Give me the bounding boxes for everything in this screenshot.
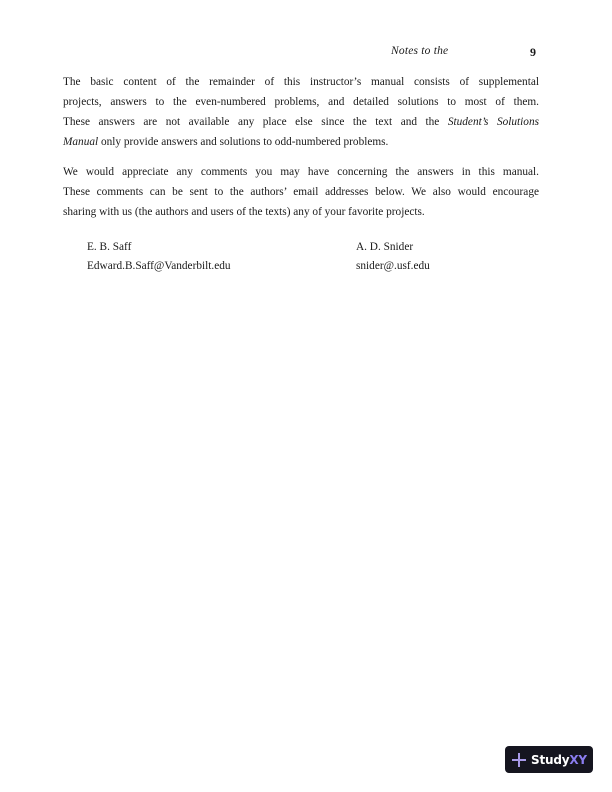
paragraph-comments-request: We would appreciate any comments you may…: [63, 162, 539, 222]
text-line: These comments can be sent to the author…: [63, 182, 539, 202]
running-header: Notes to the 9: [0, 45, 612, 61]
text-run: projects, answers to the even-numbered p…: [63, 96, 539, 108]
text-line: We would appreciate any comments you may…: [63, 162, 539, 182]
author-name: E. B. Saff: [87, 238, 231, 257]
text-line: These answers are not available any plac…: [63, 112, 539, 132]
text-run: The basic content of the remainder of th…: [63, 76, 539, 88]
studyxy-badge[interactable]: StudyXY: [505, 746, 593, 773]
text-line: sharing with us (the authors and users o…: [63, 202, 539, 222]
italic-text: Manual: [63, 136, 98, 148]
text-run: We would appreciate any comments you may…: [63, 166, 539, 178]
author-email[interactable]: snider@.usf.edu: [356, 257, 430, 276]
text-line: projects, answers to the even-numbered p…: [63, 92, 539, 112]
text-line: Manual only provide answers and solution…: [63, 132, 539, 152]
badge-brand-main: Study: [531, 753, 569, 767]
text-run: These comments can be sent to the author…: [63, 186, 539, 198]
text-line: The basic content of the remainder of th…: [63, 72, 539, 92]
plus-icon: [512, 753, 526, 767]
author-name: A. D. Snider: [356, 238, 430, 257]
italic-text: Student’s Solutions: [448, 116, 539, 128]
author-block-saff: E. B. Saff Edward.B.Saff@Vanderbilt.edu: [87, 238, 231, 276]
text-run: These answers are not available any plac…: [63, 116, 448, 128]
text-run: only provide answers and solutions to od…: [98, 136, 388, 148]
paragraph-manual-content: The basic content of the remainder of th…: [63, 72, 539, 152]
author-email[interactable]: Edward.B.Saff@Vanderbilt.edu: [87, 257, 231, 276]
text-run: sharing with us (the authors and users o…: [63, 206, 425, 218]
running-title: Notes to the: [391, 45, 448, 57]
document-page: Notes to the 9 The basic content of the …: [0, 0, 612, 792]
author-block-snider: A. D. Snider snider@.usf.edu: [356, 238, 430, 276]
page-number: 9: [530, 45, 536, 60]
badge-brand-accent: XY: [569, 753, 587, 767]
